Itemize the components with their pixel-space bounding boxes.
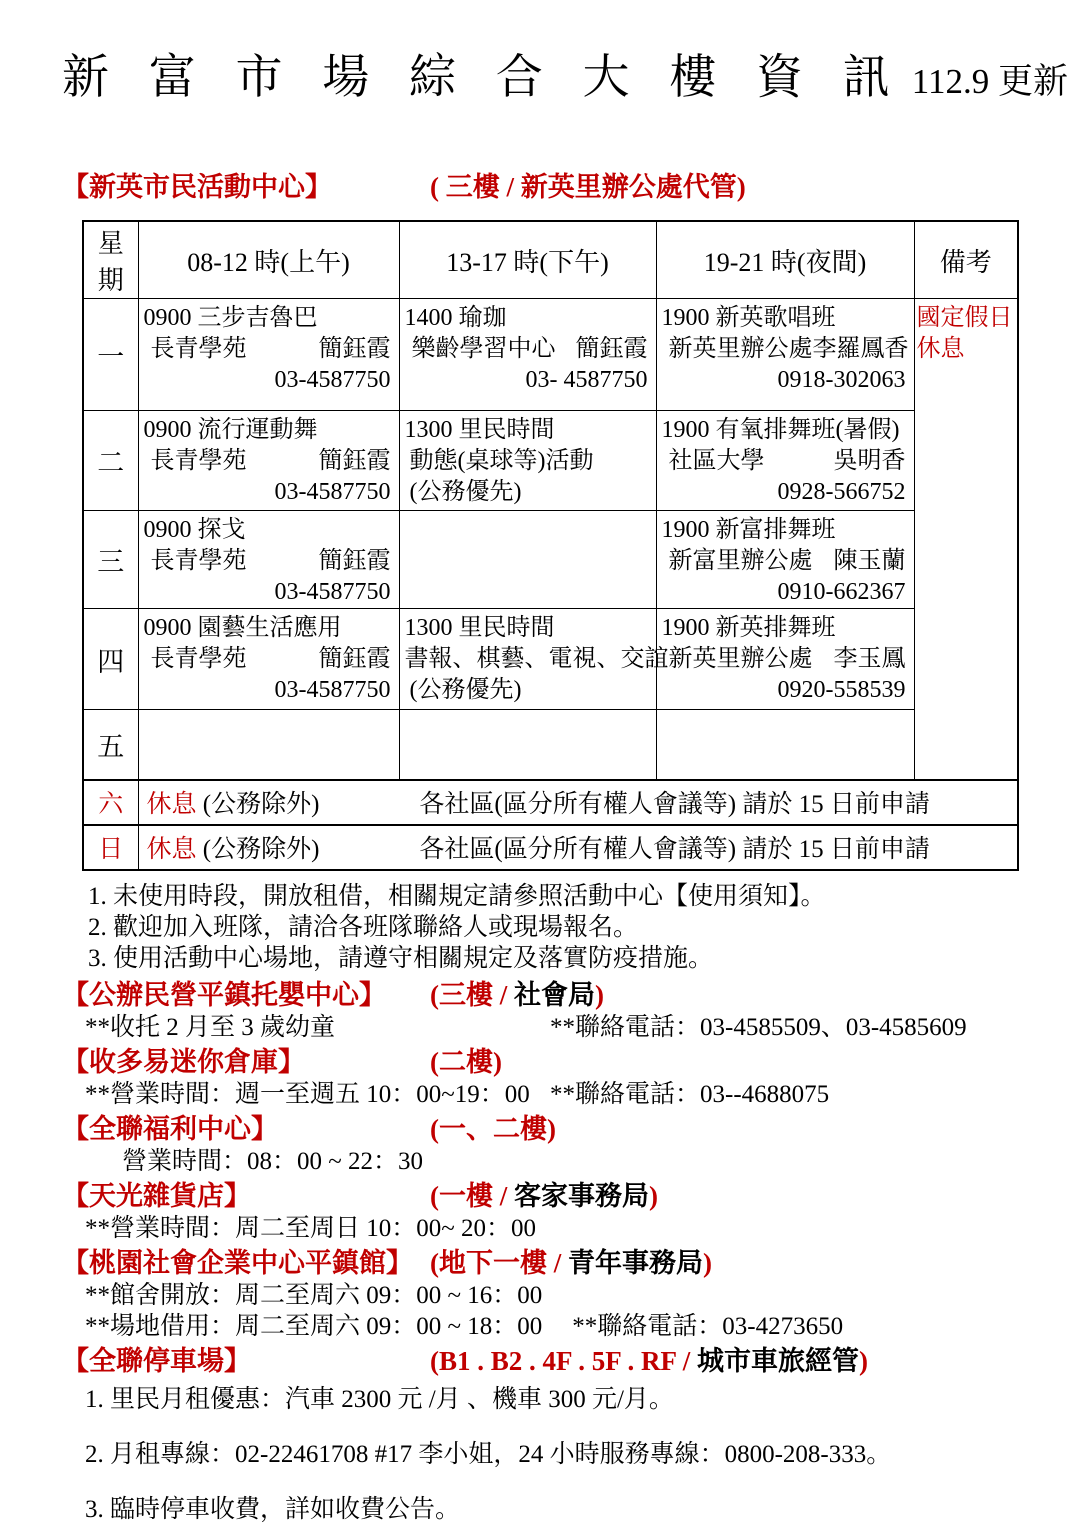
class-title: 0900 流行運動舞: [139, 415, 399, 446]
day-cell: 三: [83, 511, 138, 609]
section-location: (一樓 / 客家事務局): [430, 1179, 658, 1213]
note-item: 3. 使用活動中心場地，請遵守相關規定及落實防疫措施。: [88, 943, 1018, 974]
schedule-cell-night: 1900 新英排舞班 新英里辦公處 李玉鳳 0920-558539: [656, 609, 914, 710]
class-phone: 03-4587750: [139, 577, 399, 608]
class-contact: 簡鈺霞: [319, 546, 391, 577]
section-name: 【新英市民活動中心】: [62, 170, 430, 204]
class-org: 新英里辦公處: [669, 334, 813, 365]
detail-left: **營業時間：週一至週五 10：00~19：00: [85, 1079, 550, 1110]
class-contact: 李羅鳳香: [813, 334, 909, 365]
table-row-thursday: 四 0900 園藝生活應用 長青學苑 簡鈺霞 03-4587750 1300 里…: [83, 609, 1018, 710]
schedule-table: 星期 08-12 時(上午) 13-17 時(下午) 19-21 時(夜間) 備…: [82, 220, 1019, 871]
schedule-cell-night: 1900 新英歌唱班 新英里辦公處 李羅鳳香 0918-302063: [656, 299, 914, 411]
detail-line: **場地借用：周二至周六 09：00 ~ 18：00 **聯絡電話：03-427…: [62, 1311, 1018, 1342]
class-org: 長青學苑: [151, 446, 247, 477]
section-location: (二樓): [430, 1045, 502, 1079]
class-org: 樂齡學習中心: [412, 334, 556, 365]
section-location: (三樓 / 社會局): [430, 978, 604, 1012]
day-cell: 一: [83, 299, 138, 411]
class-contact: 簡鈺霞: [319, 446, 391, 477]
section-name: 【公辦民營平鎮托嬰中心】: [62, 978, 430, 1012]
parking-notes: 1. 里民月租優惠：汽車 2300 元 /月 、機車 300 元/月。 2. 月…: [62, 1384, 1018, 1525]
class-title: 1900 新富排舞班: [657, 515, 914, 546]
header-day: 星期: [83, 221, 138, 299]
class-title: 0900 探戈: [139, 515, 399, 546]
schedule-cell-afternoon-empty: [399, 710, 656, 780]
class-title: 1400 瑜珈: [400, 303, 656, 334]
class-contact: 吳明香: [834, 446, 906, 477]
note-item: 1. 未使用時段，開放租借，相關規定請參照活動中心【使用須知】。: [88, 881, 1018, 912]
class-org: 長青學苑: [151, 546, 247, 577]
page-title-update-date: 112.9 更新: [912, 62, 1068, 101]
class-title: 0900 園藝生活應用: [139, 613, 399, 644]
schedule-cell-morning: 0900 園藝生活應用 長青學苑 簡鈺霞 03-4587750: [138, 609, 399, 710]
class-phone: 0910-662367: [657, 577, 914, 608]
parking-note-item: 1. 里民月租優惠：汽車 2300 元 /月 、機車 300 元/月。: [85, 1384, 1018, 1415]
class-title: 1300 里民時間: [400, 613, 656, 644]
day-cell: 四: [83, 609, 138, 710]
detail-line: **營業時間：周二至周日 10：00~ 20：00: [62, 1213, 1018, 1244]
header-afternoon: 13-17 時(下午): [399, 221, 656, 299]
detail-phone: **聯絡電話：03-4585509、03-4585609: [550, 1012, 967, 1043]
section-storage: 【收多易迷你倉庫】 (二樓) **營業時間：週一至週五 10：00~19：00 …: [62, 1045, 1018, 1110]
class-contact: 簡鈺霞: [319, 334, 391, 365]
rest-info: 各社區(區分所有權人會議等) 請於 15 日前申請: [419, 791, 929, 818]
schedule-cell-night: 1900 新富排舞班 新富里辦公處 陳玉蘭 0910-662367: [656, 511, 914, 609]
section-location: (一、二樓): [430, 1112, 556, 1146]
section-social-enterprise: 【桃園社會企業中心平鎮館】 (地下一樓 / 青年事務局) **館舍開放：周二至周…: [62, 1246, 1018, 1342]
header-morning: 08-12 時(上午): [138, 221, 399, 299]
detail-line: 營業時間：08：00 ~ 22：30: [62, 1146, 1018, 1177]
class-title: 1300 里民時間: [400, 415, 656, 446]
schedule-cell-night: 1900 有氧排舞班(暑假) 社區大學 吳明香 0928-566752: [656, 411, 914, 511]
header-remark: 備考: [914, 221, 1018, 299]
class-detail: (公務優先): [400, 477, 656, 508]
note-item: 2. 歡迎加入班隊，請洽各班隊聯絡人或現場報名。: [88, 912, 1018, 943]
table-row-tuesday: 二 0900 流行運動舞 長青學苑 簡鈺霞 03-4587750 1300 里民…: [83, 411, 1018, 511]
schedule-cell-morning-empty: [138, 710, 399, 780]
section-header-activity-center: 【新英市民活動中心】 ( 三樓 / 新英里辦公處代管): [62, 170, 1018, 204]
page-title-main: 新 富 市 場 綜 合 大 樓 資 訊: [62, 52, 904, 104]
class-detail: (公務優先): [400, 675, 656, 706]
class-org: 新英里辦公處: [669, 644, 813, 675]
section-location: (B1 . B2 . 4F . 5F . RF / 城市車旅經管): [430, 1344, 868, 1378]
detail-phone: **聯絡電話：03-4273650: [572, 1311, 843, 1342]
table-row-friday: 五: [83, 710, 1018, 780]
class-org: 長青學苑: [151, 644, 247, 675]
detail-left: **館舍開放：周二至周六 09：00 ~ 16：00: [85, 1280, 542, 1311]
class-title: 1900 新英歌唱班: [657, 303, 914, 334]
day-cell: 六: [83, 780, 138, 825]
class-phone: 0920-558539: [657, 675, 914, 706]
detail-left: 營業時間：08：00 ~ 22：30: [122, 1146, 423, 1177]
rest-label: 休息: [147, 836, 197, 863]
class-org: 新富里辦公處: [669, 546, 813, 577]
class-detail: 動態(桌球等)活動: [400, 446, 656, 477]
detail-phone: **聯絡電話：03--4688075: [550, 1079, 829, 1110]
schedule-cell-morning: 0900 流行運動舞 長青學苑 簡鈺霞 03-4587750: [138, 411, 399, 511]
table-row-sunday: 日 休息 (公務除外)各社區(區分所有權人會議等) 請於 15 日前申請: [83, 825, 1018, 870]
class-phone: 03-4587750: [139, 675, 399, 706]
day-cell: 五: [83, 710, 138, 780]
class-detail: 書報、棋藝、電視、交誼: [400, 644, 656, 675]
class-phone: 0928-566752: [657, 477, 914, 508]
table-row-wednesday: 三 0900 探戈 長青學苑 簡鈺霞 03-4587750 1900 新富排舞班…: [83, 511, 1018, 609]
rest-cell: 休息 (公務除外)各社區(區分所有權人會議等) 請於 15 日前申請: [138, 825, 1018, 870]
day-cell: 日: [83, 825, 138, 870]
schedule-cell-afternoon-empty: [399, 511, 656, 609]
detail-line: **收托 2 月至 3 歲幼童 **聯絡電話：03-4585509、03-458…: [62, 1012, 1018, 1043]
class-contact: 簡鈺霞: [319, 644, 391, 675]
schedule-cell-morning: 0900 三步吉魯巴 長青學苑 簡鈺霞 03-4587750: [138, 299, 399, 411]
section-name: 【全聯福利中心】: [62, 1112, 430, 1146]
rest-label: 休息: [147, 791, 197, 818]
schedule-cell-afternoon: 1300 里民時間 書報、棋藝、電視、交誼 (公務優先): [399, 609, 656, 710]
schedule-cell-afternoon: 1300 里民時間 動態(桌球等)活動 (公務優先): [399, 411, 656, 511]
rest-note: (公務除外): [197, 791, 320, 818]
class-phone: 03-4587750: [139, 477, 399, 508]
parking-note-item: 3. 臨時停車收費，詳如收費公告。: [85, 1494, 1018, 1525]
rest-cell: 休息 (公務除外)各社區(區分所有權人會議等) 請於 15 日前申請: [138, 780, 1018, 825]
day-cell: 二: [83, 411, 138, 511]
class-phone: 03-4587750: [139, 365, 399, 396]
section-name: 【天光雜貨店】: [62, 1179, 430, 1213]
table-row-saturday: 六 休息 (公務除外)各社區(區分所有權人會議等) 請於 15 日前申請: [83, 780, 1018, 825]
detail-left: **營業時間：周二至周日 10：00~ 20：00: [85, 1213, 536, 1244]
class-title: 1900 有氧排舞班(暑假): [657, 415, 914, 446]
section-name: 【全聯停車場】: [62, 1344, 430, 1378]
detail-left: **收托 2 月至 3 歲幼童: [85, 1012, 550, 1043]
schedule-table-header: 星期 08-12 時(上午) 13-17 時(下午) 19-21 時(夜間) 備…: [83, 221, 1018, 299]
rest-note: (公務除外): [197, 836, 320, 863]
class-phone: 03- 4587750: [400, 365, 656, 396]
section-name: 【桃園社會企業中心平鎮館】: [62, 1246, 430, 1280]
detail-left: **場地借用：周二至周六 09：00 ~ 18：00: [85, 1311, 542, 1342]
section-name: 【收多易迷你倉庫】: [62, 1045, 430, 1079]
schedule-cell-night-empty: [656, 710, 914, 780]
section-parking: 【全聯停車場】 (B1 . B2 . 4F . 5F . RF / 城市車旅經管…: [62, 1344, 1018, 1525]
schedule-cell-afternoon: 1400 瑜珈 樂齡學習中心 簡鈺霞 03- 4587750: [399, 299, 656, 411]
rest-info: 各社區(區分所有權人會議等) 請於 15 日前申請: [419, 836, 929, 863]
class-title: 1900 新英排舞班: [657, 613, 914, 644]
section-nursery: 【公辦民營平鎮托嬰中心】 (三樓 / 社會局) **收托 2 月至 3 歲幼童 …: [62, 978, 1018, 1043]
class-org: 長青學苑: [151, 334, 247, 365]
section-location: ( 三樓 / 新英里辦公處代管): [430, 170, 746, 204]
section-grocery: 【天光雜貨店】 (一樓 / 客家事務局) **營業時間：周二至周日 10：00~…: [62, 1179, 1018, 1244]
activity-center-notes: 1. 未使用時段，開放租借，相關規定請參照活動中心【使用須知】。 2. 歡迎加入…: [62, 881, 1018, 974]
parking-note-item: 2. 月租專線：02-22461708 #17 李小姐，24 小時服務專線：08…: [85, 1439, 1018, 1470]
class-title: 0900 三步吉魯巴: [139, 303, 399, 334]
section-location: (地下一樓 / 青年事務局): [430, 1246, 712, 1280]
schedule-cell-morning: 0900 探戈 長青學苑 簡鈺霞 03-4587750: [138, 511, 399, 609]
header-night: 19-21 時(夜間): [656, 221, 914, 299]
page-title: 新 富 市 場 綜 合 大 樓 資 訊 112.9 更新: [62, 50, 1018, 110]
class-contact: 陳玉蘭: [834, 546, 906, 577]
class-phone: 0918-302063: [657, 365, 914, 396]
class-contact: 簡鈺霞: [576, 334, 648, 365]
detail-line: **營業時間：週一至週五 10：00~19：00 **聯絡電話：03--4688…: [62, 1079, 1018, 1110]
detail-line: **館舍開放：周二至周六 09：00 ~ 16：00: [62, 1280, 1018, 1311]
class-contact: 李玉鳳: [834, 644, 906, 675]
class-org: 社區大學: [669, 446, 765, 477]
remark-cell: 國定假日休息: [914, 299, 1018, 780]
document-page: 新 富 市 場 綜 合 大 樓 資 訊 112.9 更新 【新英市民活動中心】 …: [0, 0, 1080, 1529]
section-pxmart: 【全聯福利中心】 (一、二樓) 營業時間：08：00 ~ 22：30: [62, 1112, 1018, 1177]
table-row-monday: 一 0900 三步吉魯巴 長青學苑 簡鈺霞 03-4587750 1400 瑜珈…: [83, 299, 1018, 411]
